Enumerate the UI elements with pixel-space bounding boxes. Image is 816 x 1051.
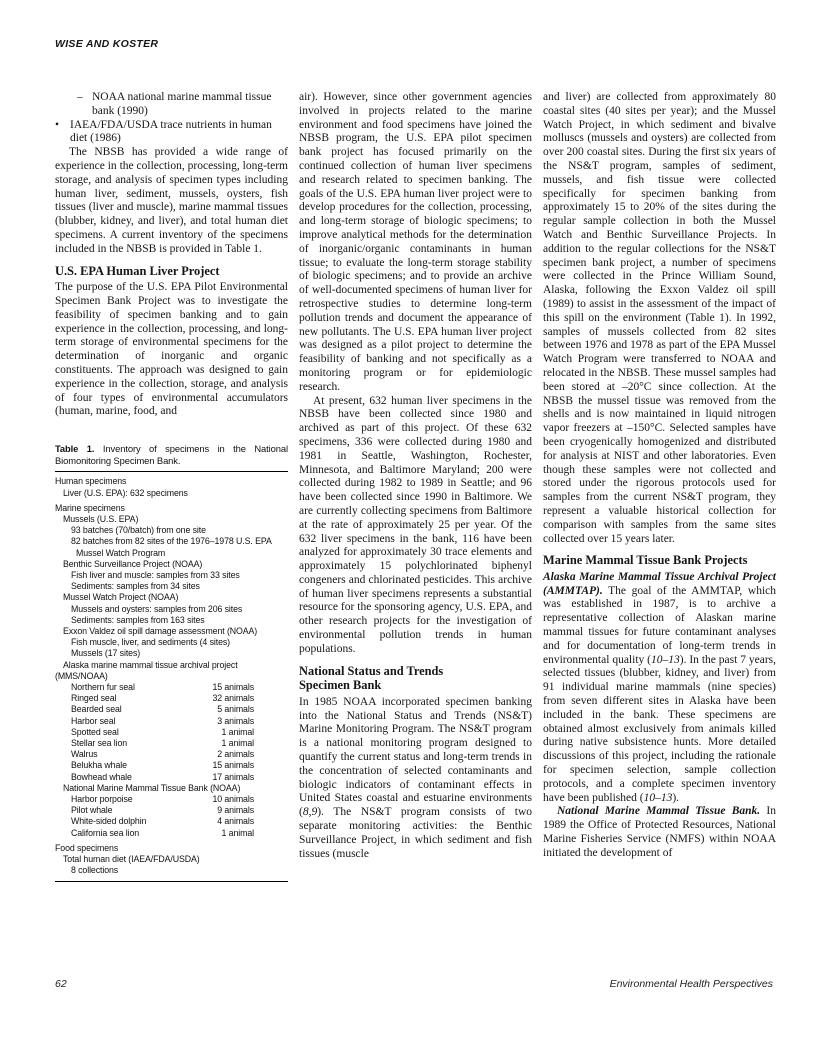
running-head: WISE AND KOSTER: [55, 38, 775, 50]
row-label: California sea lion: [55, 828, 222, 839]
row-value: 5 animals: [217, 704, 288, 715]
paragraph: National Marine Mammal Tissue Bank. In 1…: [543, 805, 776, 860]
section-heading: National Status and Trends Specimen Bank: [299, 664, 532, 693]
text-segment: 8,9: [303, 806, 317, 818]
row-value: 9 animals: [217, 805, 288, 816]
row-label: Bearded seal: [55, 704, 217, 715]
row-label: Sediments: samples from 34 sites: [55, 581, 288, 592]
table-row: Harbor porpoise10 animals: [55, 794, 288, 805]
row-label: Harbor porpoise: [55, 794, 212, 805]
journal-name: Environmental Health Perspectives: [610, 978, 773, 990]
table-row: Human specimens: [55, 476, 288, 487]
text-segment: The NBSB has provided a wide range of ex…: [55, 146, 288, 255]
table-row: Pilot whale9 animals: [55, 805, 288, 816]
row-label: Mussels (17 sites): [55, 648, 288, 659]
specimen-table: Table 1. Inventory of specimens in the N…: [55, 443, 288, 882]
table-row: Spotted seal1 animal: [55, 727, 288, 738]
row-label: Walrus: [55, 749, 217, 760]
table-row: Belukha whale15 animals: [55, 760, 288, 771]
row-label: Mussels and oysters: samples from 206 si…: [55, 604, 288, 615]
row-label: Exxon Valdez oil spill damage assessment…: [55, 626, 288, 637]
table-row: Mussel Watch Project (NOAA): [55, 592, 288, 603]
row-value: 1 animal: [222, 828, 288, 839]
row-value: 3 animals: [217, 716, 288, 727]
table-row: Total human diet (IAEA/FDA/USDA): [55, 854, 288, 865]
row-label: Harbor seal: [55, 716, 217, 727]
list-item: –NOAA national marine mammal tissue bank…: [55, 91, 288, 119]
table-row: Bowhead whale17 animals: [55, 772, 288, 783]
row-label: Spotted seal: [55, 727, 222, 738]
row-value: 4 animals: [217, 816, 288, 827]
table-row: Northern fur seal15 animals: [55, 682, 288, 693]
journal-page: WISE AND KOSTER –NOAA national marine ma…: [0, 0, 816, 1051]
table-row: Ringed seal32 animals: [55, 693, 288, 704]
paragraph: and liver) are collected from approximat…: [543, 91, 776, 546]
table-row: National Marine Mammal Tissue Bank (NOAA…: [55, 783, 288, 794]
row-label: Stellar sea lion: [55, 738, 222, 749]
page-footer: 62 Environmental Health Perspectives: [55, 978, 773, 990]
row-value: 1 animal: [222, 727, 288, 738]
table-row: Mussels and oysters: samples from 206 si…: [55, 604, 288, 615]
paragraph: At present, 632 human liver specimens in…: [299, 395, 532, 657]
row-label: Mussels (U.S. EPA): [55, 514, 288, 525]
section-heading: U.S. EPA Human Liver Project: [55, 264, 288, 279]
paragraph: In 1985 NOAA incorporated specimen banki…: [299, 696, 532, 862]
table-row: Sediments: samples from 34 sites: [55, 581, 288, 592]
row-label: National Marine Mammal Tissue Bank (NOAA…: [55, 783, 288, 794]
row-value: 15 animals: [212, 760, 288, 771]
table-row: Alaska marine mammal tissue archival pro…: [55, 660, 288, 671]
row-label: Marine specimens: [55, 503, 288, 514]
row-label: Alaska marine mammal tissue archival pro…: [55, 660, 288, 671]
row-label: Human specimens: [55, 476, 288, 487]
paragraph: Alaska Marine Mammal Tissue Archival Pro…: [543, 571, 776, 806]
page-number: 62: [55, 978, 67, 990]
table-row: Sediments: samples from 163 sites: [55, 615, 288, 626]
row-value: 32 animals: [212, 693, 288, 704]
table-row: (MMS/NOAA): [55, 671, 288, 682]
text-segment: air). However, since other government ag…: [299, 91, 532, 393]
table-row: Mussels (U.S. EPA): [55, 514, 288, 525]
bullet-list: –NOAA national marine mammal tissue bank…: [55, 91, 288, 146]
row-label: Belukha whale: [55, 760, 212, 771]
paragraph: air). However, since other government ag…: [299, 91, 532, 395]
table-row: 8 collections: [55, 865, 288, 876]
table-row: Mussels (17 sites): [55, 648, 288, 659]
row-label: (MMS/NOAA): [55, 671, 288, 682]
row-value: 2 animals: [217, 749, 288, 760]
text-segment: ). The NS&T program consists of two sepa…: [299, 806, 532, 859]
list-item-text: NOAA national marine mammal tissue bank …: [92, 91, 288, 119]
table-row: White-sided dolphin4 animals: [55, 816, 288, 827]
table-row: Marine specimens: [55, 503, 288, 514]
row-value: 15 animals: [212, 682, 288, 693]
table-row: California sea lion1 animal: [55, 828, 288, 839]
table-row: Food specimens: [55, 843, 288, 854]
row-label: Fish muscle, liver, and sediments (4 sit…: [55, 637, 288, 648]
column-right: and liver) are collected from approximat…: [543, 91, 776, 882]
text-segment: ). In the past 7 years, selected tissues…: [543, 654, 776, 804]
row-label: Bowhead whale: [55, 772, 212, 783]
paragraph: The purpose of the U.S. EPA Pilot Enviro…: [55, 281, 288, 419]
paragraph: The NBSB has provided a wide range of ex…: [55, 146, 288, 256]
row-label: White-sided dolphin: [55, 816, 217, 827]
column-left: –NOAA national marine mammal tissue bank…: [55, 91, 288, 882]
table-row: Benthic Surveillance Project (NOAA): [55, 559, 288, 570]
table-row: Bearded seal5 animals: [55, 704, 288, 715]
list-marker: –: [77, 91, 92, 119]
table-row: Stellar sea lion1 animal: [55, 738, 288, 749]
row-label: 93 batches (70/batch) from one site: [55, 525, 288, 536]
text-segment: The purpose of the U.S. EPA Pilot Enviro…: [55, 281, 288, 417]
row-label: 82 batches from 82 sites of the 1976–197…: [55, 536, 288, 547]
column-middle: air). However, since other government ag…: [299, 91, 532, 882]
text-segment: 10–13: [644, 792, 673, 804]
text-segment: ).: [672, 792, 679, 804]
list-item: •IAEA/FDA/USDA trace nutrients in human …: [55, 119, 288, 147]
row-label: Total human diet (IAEA/FDA/USDA): [55, 854, 288, 865]
table-row: 82 batches from 82 sites of the 1976–197…: [55, 536, 288, 547]
table-row: 93 batches (70/batch) from one site: [55, 525, 288, 536]
row-label: Liver (U.S. EPA): 632 specimens: [55, 488, 288, 499]
row-label: Ringed seal: [55, 693, 212, 704]
text-segment: In 1985 NOAA incorporated specimen banki…: [299, 696, 532, 818]
row-value: 1 animal: [222, 738, 288, 749]
table-row: Walrus2 animals: [55, 749, 288, 760]
row-value: 10 animals: [212, 794, 288, 805]
row-label: Benthic Surveillance Project (NOAA): [55, 559, 288, 570]
text-segment: At present, 632 human liver specimens in…: [299, 395, 532, 655]
text-segment: 10–13: [651, 654, 680, 666]
row-label: Fish liver and muscle: samples from 33 s…: [55, 570, 288, 581]
text-segment: National Marine Mammal Tissue Bank.: [557, 805, 760, 817]
table-row: Mussel Watch Program: [55, 548, 288, 559]
table-row: Fish liver and muscle: samples from 33 s…: [55, 570, 288, 581]
article-columns: –NOAA national marine mammal tissue bank…: [55, 91, 775, 882]
row-label: Sediments: samples from 163 sites: [55, 615, 288, 626]
list-item-text: IAEA/FDA/USDA trace nutrients in human d…: [70, 119, 288, 147]
section-heading: Marine Mammal Tissue Bank Projects: [543, 553, 776, 568]
table-caption: Table 1. Inventory of specimens in the N…: [55, 443, 288, 466]
list-marker: •: [55, 119, 70, 147]
row-label: Mussel Watch Program: [55, 548, 288, 559]
table-row: Exxon Valdez oil spill damage assessment…: [55, 626, 288, 637]
table-row: Harbor seal3 animals: [55, 716, 288, 727]
row-label: Mussel Watch Project (NOAA): [55, 592, 288, 603]
table-row: Fish muscle, liver, and sediments (4 sit…: [55, 637, 288, 648]
row-label: Pilot whale: [55, 805, 217, 816]
row-label: Food specimens: [55, 843, 288, 854]
row-label: Northern fur seal: [55, 682, 212, 693]
table-body: Human specimensLiver (U.S. EPA): 632 spe…: [55, 471, 288, 882]
table-caption-label: Table 1.: [55, 443, 94, 454]
row-label: 8 collections: [55, 865, 288, 876]
table-row: Liver (U.S. EPA): 632 specimens: [55, 488, 288, 499]
text-segment: and liver) are collected from approximat…: [543, 91, 776, 545]
row-value: 17 animals: [212, 772, 288, 783]
